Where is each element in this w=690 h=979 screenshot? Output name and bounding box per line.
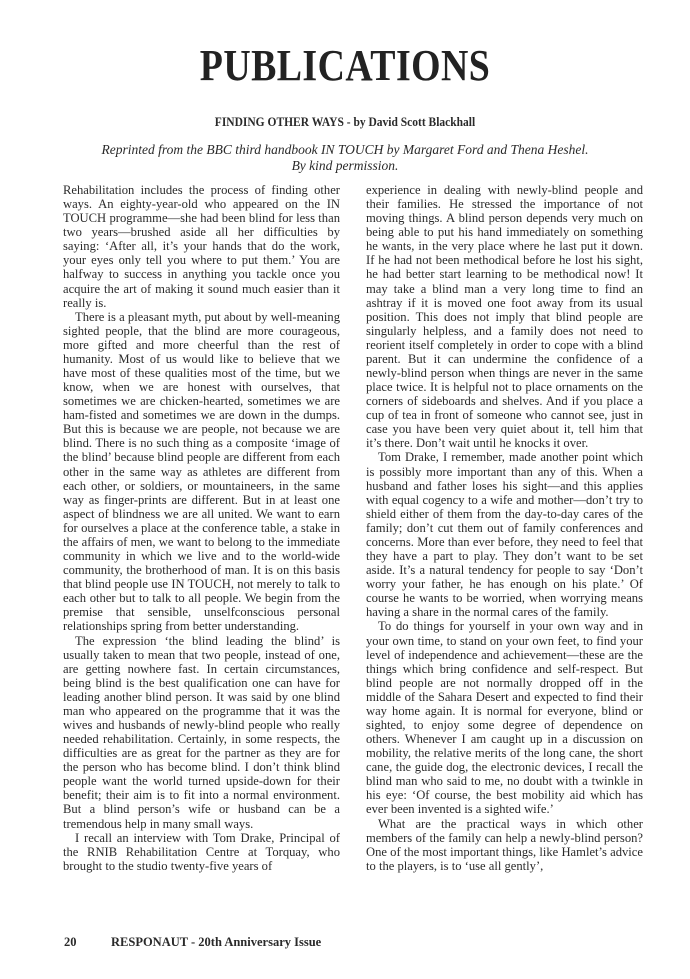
page-title: PUBLICATIONS: [48, 40, 641, 92]
page-footer: 20RESPONAUT - 20th Anniversary Issue: [64, 934, 321, 950]
paragraph: What are the practical ways in which oth…: [366, 817, 643, 873]
paragraph: The expression ‘the blind leading the bl…: [63, 634, 340, 831]
reprint-credit: Reprinted from the BBC third handbook IN…: [0, 142, 690, 174]
paragraph: Tom Drake, I remember, made another poin…: [366, 450, 643, 619]
paragraph: experience in dealing with newly-blind p…: [366, 183, 643, 450]
reprint-line-1: Reprinted from the BBC third handbook IN…: [0, 142, 690, 158]
paragraph: There is a pleasant myth, put about by w…: [63, 310, 340, 634]
page-number: 20: [64, 934, 111, 950]
article-heading: FINDING OTHER WAYS - by David Scott Blac…: [28, 114, 663, 130]
paragraph: I recall an interview with Tom Drake, Pr…: [63, 831, 340, 873]
reprint-line-2: By kind permission.: [0, 158, 690, 174]
right-column: experience in dealing with newly-blind p…: [366, 183, 643, 873]
paragraph: Rehabilitation includes the process of f…: [63, 183, 340, 310]
publication-name: RESPONAUT - 20th Anniversary Issue: [111, 935, 321, 949]
paragraph: To do things for yourself in your own wa…: [366, 619, 643, 816]
left-column: Rehabilitation includes the process of f…: [63, 183, 340, 873]
